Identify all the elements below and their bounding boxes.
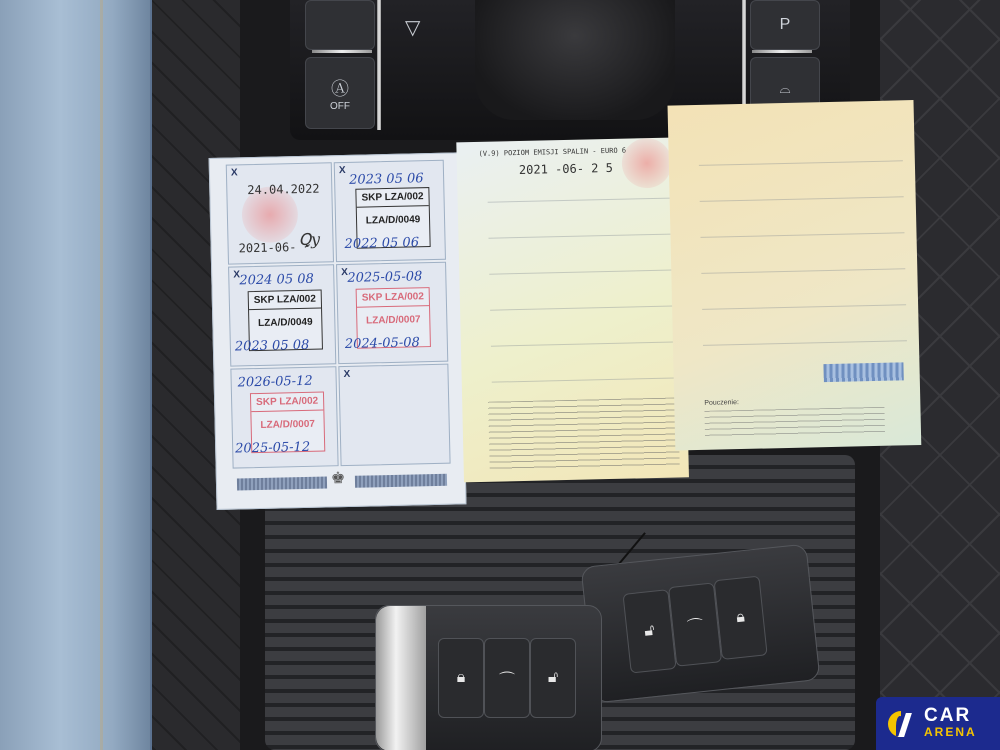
chrome-divider	[312, 50, 372, 53]
auto-start-stop-icon: Ⓐ	[331, 75, 349, 101]
shift-down-arrow-icon: ▽	[405, 15, 420, 40]
eagle-emblem-icon: ♚	[331, 468, 346, 488]
lock-icon: 🔓︎	[548, 669, 558, 687]
trunk-open-icon: ⌓	[779, 80, 790, 97]
cell-mark: X	[339, 165, 346, 176]
security-band	[237, 476, 327, 490]
inspection-cell-1: X 24.04.2022 2021-06- Ꝗy	[226, 162, 334, 264]
chrome-divider	[752, 50, 812, 53]
lock-button[interactable]: 🔓︎	[622, 589, 676, 673]
inspection-date: 2024-05-08	[345, 335, 420, 352]
stamp-line: SKP LZA/002	[251, 393, 323, 413]
stamp-line: SKP LZA/002	[357, 288, 429, 308]
stamp-line: SKP LZA/002	[356, 188, 428, 208]
inspection-cell-5: 2026-05-12 SKP LZA/002 LZA/D/0007 2025-0…	[230, 366, 338, 468]
inspection-cell-6: X	[338, 364, 450, 466]
unlock-icon: 🔒︎	[457, 669, 466, 687]
lock-button[interactable]: 🔓︎	[530, 638, 576, 718]
next-inspection-date: 2025-05-08	[347, 269, 422, 286]
trunk-icon: ⌒	[499, 667, 515, 690]
chrome-trim-left	[377, 0, 381, 130]
gear-shifter-boot[interactable]	[475, 0, 675, 120]
park-assist-icon: P	[780, 16, 791, 34]
chrome-cap	[376, 606, 426, 750]
hologram-strip	[823, 362, 903, 382]
inspection-cell-4: X 2025-05-08 SKP LZA/002 LZA/D/0007 2024…	[336, 262, 448, 364]
notice-title: Pouczenie:	[704, 399, 739, 407]
trunk-icon: ⌒	[686, 612, 704, 637]
security-band	[355, 474, 447, 488]
trunk-button[interactable]: ⌒	[484, 638, 530, 718]
next-inspection-date: 2024 05 08	[239, 272, 314, 289]
stamp-line: LZA/D/0049	[357, 206, 430, 235]
notice-small-print	[704, 407, 885, 437]
inspection-cell-2: X 2023 05 06 SKP LZA/002 LZA/D/0049 2022…	[334, 160, 446, 262]
cell-mark: X	[343, 369, 350, 380]
stamp-line: LZA/D/0007	[357, 306, 430, 335]
next-inspection-date: 2023 05 06	[349, 171, 424, 188]
jeans-seam	[100, 0, 103, 750]
signed-date: 2021-06-	[238, 240, 296, 255]
console-button-top-left[interactable]	[305, 0, 375, 50]
stamp-line: LZA/D/0049	[249, 309, 322, 338]
inspection-cell-3: X 2024 05 08 SKP LZA/002 LZA/D/0049 2023…	[228, 264, 336, 366]
unlock-icon: 🔒︎	[735, 608, 745, 627]
inspection-date: 2023 05 08	[235, 338, 310, 355]
stamp-line: LZA/D/0007	[251, 411, 324, 440]
inspection-page: X 24.04.2022 2021-06- Ꝗy X 2023 05 06 SK…	[209, 152, 467, 510]
signature: Ꝗy	[298, 230, 320, 249]
logo-line-arena: ARENA	[924, 724, 977, 740]
car-arena-logo: CAR ARENA	[876, 697, 1000, 750]
auto-start-stop-label: OFF	[330, 101, 350, 112]
unlock-button[interactable]: 🔒︎	[438, 638, 484, 718]
vehicle-registration-document: X 24.04.2022 2021-06- Ꝗy X 2023 05 06 SK…	[208, 100, 923, 508]
unlock-button[interactable]: 🔒︎	[714, 576, 768, 660]
legend-small-print	[488, 397, 680, 471]
jeans-leg	[0, 0, 152, 750]
emission-header: (V.9) POZIOM EMISJI SPALIN - EURO 6	[478, 147, 626, 158]
cell-mark: X	[231, 167, 238, 178]
typed-date: 24.04.2022	[247, 182, 320, 198]
trunk-button[interactable]: ⌒	[668, 582, 722, 666]
emission-date: 2021 -06- 2 5	[519, 161, 613, 177]
lock-icon: 🔓︎	[643, 622, 655, 641]
official-seal	[621, 138, 672, 189]
logo-line-car: CAR	[924, 708, 977, 724]
key-fob-right[interactable]: 🔓︎ ⌒ 🔒︎	[580, 544, 820, 704]
notes-page: Pouczenie:	[668, 100, 922, 450]
inspection-date: 2022 05 06	[344, 235, 419, 252]
inspection-date: 2025-05-12	[235, 440, 310, 457]
park-assist-button[interactable]: P	[750, 0, 820, 50]
key-fob-left[interactable]: 🔒︎ ⌒ 🔓︎	[375, 605, 602, 750]
emission-page: (V.9) POZIOM EMISJI SPALIN - EURO 6 2021…	[456, 137, 689, 482]
next-inspection-date: 2026-05-12	[238, 374, 313, 391]
stamp-line: SKP LZA/002	[249, 291, 321, 311]
car-arena-mark-icon	[888, 711, 914, 737]
